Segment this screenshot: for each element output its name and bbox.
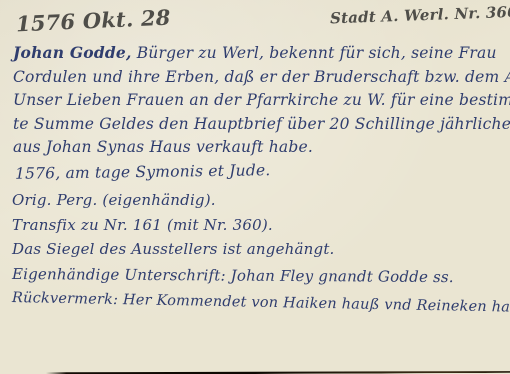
archive-reference: Stadt A. Werl. Nr. 366. xyxy=(330,3,510,28)
note-seal: Das Siegel des Ausstellers ist angehängt… xyxy=(12,237,510,262)
archival-notes: Orig. Perg. (eigenhändig). Transfix zu N… xyxy=(12,188,510,311)
entry-text: Johan Godde, Bürger zu Werl, bekennt für… xyxy=(13,41,510,160)
archive-index-card: 1576 Okt. 28 Stadt A. Werl. Nr. 366. Joh… xyxy=(0,0,510,374)
original-dating-line: 1576, am tage Symonis et Jude. xyxy=(15,161,271,183)
note-original-format: Orig. Perg. (eigenhändig). xyxy=(12,188,510,213)
person-name: Johan Godde, xyxy=(13,43,132,62)
note-transfix: Transfix zu Nr. 161 (mit Nr. 360). xyxy=(12,213,510,238)
note-verso: Rückvermerk: Her Kommendet von Haiken ha… xyxy=(12,286,510,321)
note-signature: Eigenhändige Unterschrift: Johan Fley gn… xyxy=(12,262,510,290)
entry-line: aus Johan Synas Haus verkauft habe. xyxy=(13,136,510,160)
entry-line: te Summe Geldes den Hauptbrief über 20 S… xyxy=(13,113,510,137)
entry-line: Unser Lieben Frauen an der Pfarrkirche z… xyxy=(13,89,510,113)
record-date: 1576 Okt. 28 xyxy=(16,5,172,37)
entry-line-rest: Bürger zu Werl, bekennt für sich, seine … xyxy=(132,44,497,62)
card-bottom-edge-shadow xyxy=(0,367,510,374)
entry-line: Cordulen und ihre Erben, daß er der Brud… xyxy=(13,66,510,90)
entry-line: Johan Godde, Bürger zu Werl, bekennt für… xyxy=(13,41,510,66)
